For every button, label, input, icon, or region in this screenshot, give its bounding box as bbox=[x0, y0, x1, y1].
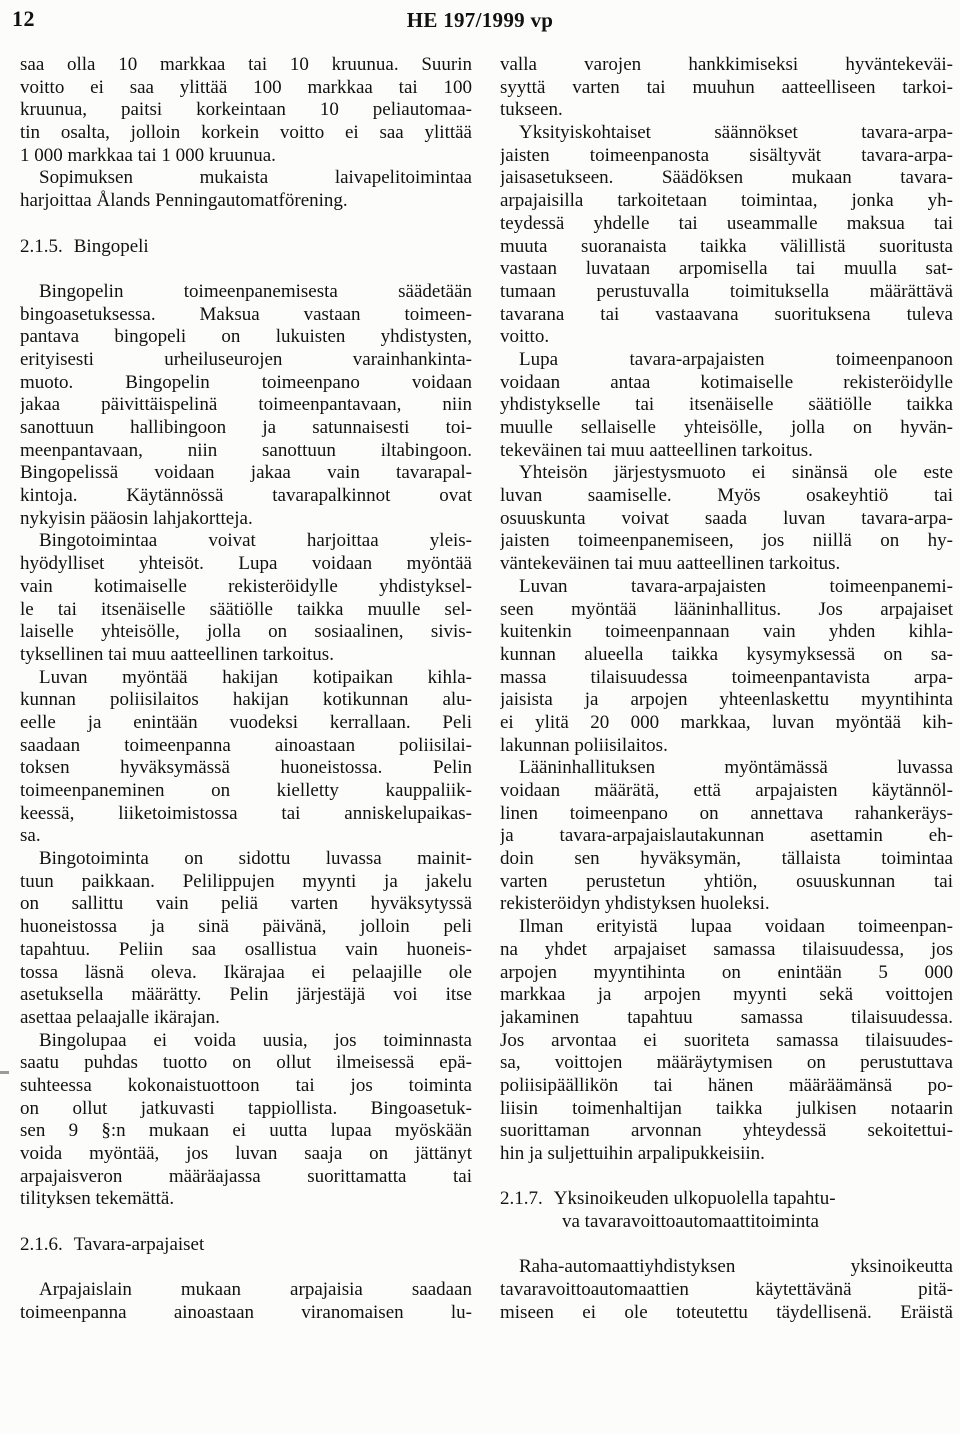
text-line: jaisista ja arpojen yhteenlaskettu myynt… bbox=[500, 689, 953, 712]
right-column: valla varojen hankkimiseksi hyväntekeväi… bbox=[500, 54, 953, 1325]
text-line: Luvan myöntää hakijan kotipaikan kihla- bbox=[20, 667, 472, 690]
text-line: jaisten toimeenpanosta sisältyvät tavara… bbox=[500, 145, 953, 168]
scan-artifact-dash bbox=[0, 1071, 9, 1074]
text-line: voidaan antaa kotimaiselle rekisteröidyl… bbox=[500, 372, 953, 395]
text-line: tyksellinen tai muu aatteellinen tarkoit… bbox=[20, 644, 472, 667]
text-line: miseen ei ole toteutettu täydellisenä. E… bbox=[500, 1302, 953, 1325]
text-line: keessä, liiketoimistossa tai anniskelupa… bbox=[20, 803, 472, 826]
paragraph: Raha-automaattiyhdistyksen yksinoikeutta… bbox=[500, 1256, 953, 1324]
text-line: harjoittaa Ålands Penningautomatförening… bbox=[20, 190, 472, 213]
paragraph: Lupa tavara-arpajaisten toimeenpanoonvoi… bbox=[500, 349, 953, 462]
text-line: arpajaisveron määräajassa suorittamatta … bbox=[20, 1166, 472, 1189]
text-line: tavaravoittoautomaattien käytettävänä pi… bbox=[500, 1279, 953, 1302]
text-line: laiselle yhteisölle, jolla on sosiaaline… bbox=[20, 621, 472, 644]
text-line: kunnan alueella taikka kysymyksessä on s… bbox=[500, 644, 953, 667]
text-line: Jos arvontaa ei suoriteta samassa tilais… bbox=[500, 1030, 953, 1053]
text-line: markkaa ja arpojen myynti sekä voittojen bbox=[500, 984, 953, 1007]
text-line: asettaa pelaajalle ikärajan. bbox=[20, 1007, 472, 1030]
text-line: seen myöntää lääninhallitus. Jos arpajai… bbox=[500, 599, 953, 622]
paragraph: Yksityiskohtaiset säännökset tavara-arpa… bbox=[500, 122, 953, 349]
text-line: Bingotoiminta on sidottu luvassa mainit- bbox=[20, 848, 472, 871]
text-line: huoneistossa ja sinä päivänä, jolloin pe… bbox=[20, 916, 472, 939]
text-line: Bingopelin toimeenpanemisesta säädetään bbox=[20, 281, 472, 304]
text-line: valla varojen hankkimiseksi hyväntekeväi… bbox=[500, 54, 953, 77]
text-line: erityisesti urheiluseurojen varainhankin… bbox=[20, 349, 472, 372]
text-line: syyttä varten tai muuhun aatteelliseen t… bbox=[500, 77, 953, 100]
section-number: 2.1.5. bbox=[20, 236, 63, 259]
text-line: saadaan toimeenpanna ainoastaan poliisil… bbox=[20, 735, 472, 758]
text-line: rekisteröidyn yhdistyksen huoleksi. bbox=[500, 893, 953, 916]
section-heading: 2.1.5.Bingopeli bbox=[20, 236, 472, 259]
text-line: tumaan perustuvalla toimituksella määrät… bbox=[500, 281, 953, 304]
text-line: linen toimeenpano on annettava rahankerä… bbox=[500, 803, 953, 826]
text-line: toimeenpanna ainoastaan viranomaisen lu- bbox=[20, 1302, 472, 1325]
paragraph: Luvan tavara-arpajaisten toimeenpanemi-s… bbox=[500, 576, 953, 758]
text-line: ei ylitä 20 000 markkaa, luvan myöntää k… bbox=[500, 712, 953, 735]
text-line: jaisten toimeenpanemiseen, jos niillä on… bbox=[500, 530, 953, 553]
paragraph: Bingotoimintaa voivat harjoittaa yleis-h… bbox=[20, 530, 472, 666]
text-line: kuitenkin toimeenpannaan vain yhden kihl… bbox=[500, 621, 953, 644]
text-line: pantava bingopeli on lukuisten yhdistyst… bbox=[20, 326, 472, 349]
text-line: hin ja suljettuihin arpalipukkeisiin. bbox=[500, 1143, 953, 1166]
text-line: tapahtuu. Peliin saa osallistua vain huo… bbox=[20, 939, 472, 962]
paragraph: Bingotoiminta on sidottu luvassa mainit-… bbox=[20, 848, 472, 1030]
heading-line: 2.1.5.Bingopeli bbox=[20, 236, 472, 259]
text-line: on ollut jatkuvasti tappiollista. Bingoa… bbox=[20, 1098, 472, 1121]
text-line: kintoja. Käytännössä tavarapalkinnot ova… bbox=[20, 485, 472, 508]
section-heading: 2.1.7.Yksinoikeuden ulkopuolella tapahtu… bbox=[500, 1188, 953, 1233]
paragraph: Arpajaislain mukaan arpajaisia saadaanto… bbox=[20, 1279, 472, 1324]
text-line: tin osalta, jolloin korkein voitto ei sa… bbox=[20, 122, 472, 145]
text-line: suorittaman arvonnan yhteydessä sekoitet… bbox=[500, 1120, 953, 1143]
paragraph: valla varojen hankkimiseksi hyväntekeväi… bbox=[500, 54, 953, 122]
text-line: toksen hyväksymässä huoneistossa. Pelin bbox=[20, 757, 472, 780]
text-line: tavarana tai vastaavana suorituksena tul… bbox=[500, 304, 953, 327]
section-title: Bingopeli bbox=[74, 236, 149, 257]
text-line: saa olla 10 markkaa tai 10 kruunua. Suur… bbox=[20, 54, 472, 77]
text-line: Luvan tavara-arpajaisten toimeenpanemi- bbox=[500, 576, 953, 599]
text-line: tukseen. bbox=[500, 99, 953, 122]
text-line: sanottuun hallibingoon ja satunnaisesti … bbox=[20, 417, 472, 440]
text-line: lakunnan poliisilaitos. bbox=[500, 735, 953, 758]
text-line: doin sen hyväksymän, tällaista toimintaa bbox=[500, 848, 953, 871]
text-line: kruunua, paitsi korkeintaan 10 peliautom… bbox=[20, 99, 472, 122]
text-line: nykyisin pääosin lahjakortteja. bbox=[20, 508, 472, 531]
document-page: 12 HE 197/1999 vp saa olla 10 markkaa ta… bbox=[0, 0, 960, 1434]
text-line: tilityksen tekemättä. bbox=[20, 1188, 472, 1211]
text-line: jakaminen tapahtuu samassa tilaisuudessa… bbox=[500, 1007, 953, 1030]
text-line: muoto. Bingopelin toimeenpano voidaan bbox=[20, 372, 472, 395]
paragraph: Bingolupaa ei voida uusia, jos toiminnas… bbox=[20, 1030, 472, 1212]
paragraph: Sopimuksen mukaista laivapelitoimintaaha… bbox=[20, 167, 472, 212]
document-title: HE 197/1999 vp bbox=[0, 8, 960, 33]
text-line: tossa läsnä oleva. Ikärajaa ei pelaajill… bbox=[20, 962, 472, 985]
text-line: Sopimuksen mukaista laivapelitoimintaa bbox=[20, 167, 472, 190]
section-number: 2.1.7. bbox=[500, 1188, 543, 1211]
text-line: asetuksella määrätty. Pelin järjestäjä v… bbox=[20, 984, 472, 1007]
text-line: Lupa tavara-arpajaisten toimeenpanoon bbox=[500, 349, 953, 372]
text-line: osuuskunta voivat saada luvan tavara-arp… bbox=[500, 508, 953, 531]
text-line: luvan saamiselle. Myös osakeyhtiö tai bbox=[500, 485, 953, 508]
section-title: Yksinoikeuden ulkopuolella tapahtu- bbox=[554, 1188, 836, 1209]
paragraph: Lääninhallituksen myöntämässä luvassavoi… bbox=[500, 757, 953, 916]
text-line: Yhteisön järjestysmuoto ei sinänsä ole e… bbox=[500, 462, 953, 485]
page-body: saa olla 10 markkaa tai 10 kruunua. Suur… bbox=[0, 42, 960, 1325]
heading-line: 2.1.7.Yksinoikeuden ulkopuolella tapahtu… bbox=[500, 1188, 953, 1211]
text-line: le tai itsenäiselle säätiölle taikka muu… bbox=[20, 599, 472, 622]
text-line: voitto ei saa ylittää 100 markkaa tai 10… bbox=[20, 77, 472, 100]
paragraph: Ilman erityistä lupaa voidaan toimeenpan… bbox=[500, 916, 953, 1166]
text-line: na yhdet arpajaiset samassa tilaisuudess… bbox=[500, 939, 953, 962]
paragraph: Bingopelin toimeenpanemisesta säädetäänb… bbox=[20, 281, 472, 531]
text-line: bingoasetuksessa. Maksua vastaan toimeen… bbox=[20, 304, 472, 327]
text-line: yhdistykselle tai itsenäiselle säätiölle… bbox=[500, 394, 953, 417]
page-header: 12 HE 197/1999 vp bbox=[0, 0, 960, 42]
left-column: saa olla 10 markkaa tai 10 kruunua. Suur… bbox=[20, 54, 472, 1325]
text-line: Arpajaislain mukaan arpajaisia saadaan bbox=[20, 1279, 472, 1302]
text-line: varten perustetun yhtiön, osuuskunnan ta… bbox=[500, 871, 953, 894]
text-line: on sallittu vain peliä varten hyväksytys… bbox=[20, 893, 472, 916]
text-line: sa. bbox=[20, 825, 472, 848]
section-title-continuation: va tavaravoittoautomaattitoiminta bbox=[500, 1211, 953, 1234]
section-heading: 2.1.6.Tavara-arpajaiset bbox=[20, 1234, 472, 1257]
text-line: Bingopelissä voidaan jakaa vain tavarapa… bbox=[20, 462, 472, 485]
text-line: voidaan määrätä, että arpajaisten käytän… bbox=[500, 780, 953, 803]
text-line: jaisasetukseen. Säädöksen mukaan tavara- bbox=[500, 167, 953, 190]
text-line: arpojen myyntihinta on enintään 5 000 bbox=[500, 962, 953, 985]
text-line: Bingolupaa ei voida uusia, jos toiminnas… bbox=[20, 1030, 472, 1053]
text-line: hyödylliset yhteisöt. Lupa voidaan myönt… bbox=[20, 553, 472, 576]
text-line: toimeenpaneminen on kielletty kauppaliik… bbox=[20, 780, 472, 803]
text-line: Lääninhallituksen myöntämässä luvassa bbox=[500, 757, 953, 780]
text-line: tekeväinen tai muu aatteellinen tarkoitu… bbox=[500, 440, 953, 463]
text-line: sa, voittojen määräytymisen on perustutt… bbox=[500, 1052, 953, 1075]
text-line: meenpantavaan, niin sanottuun iltabingoo… bbox=[20, 440, 472, 463]
text-line: saatu puhdas tuotto on ollut ilmeisessä … bbox=[20, 1052, 472, 1075]
text-line: voitto. bbox=[500, 326, 953, 349]
text-line: muuta suoranaista taikka välillistä suor… bbox=[500, 236, 953, 259]
heading-line: 2.1.6.Tavara-arpajaiset bbox=[20, 1234, 472, 1257]
paragraph: Luvan myöntää hakijan kotipaikan kihla-k… bbox=[20, 667, 472, 849]
text-line: voida myöntää, jos luvan saaja on jättän… bbox=[20, 1143, 472, 1166]
text-line: Raha-automaattiyhdistyksen yksinoikeutta bbox=[500, 1256, 953, 1279]
text-line: muulle sellaiselle yhteisölle, jolla on … bbox=[500, 417, 953, 440]
text-line: teydessä yhdelle tai useammalle maksua t… bbox=[500, 213, 953, 236]
paragraph: Yhteisön järjestysmuoto ei sinänsä ole e… bbox=[500, 462, 953, 575]
text-line: massa tilaisuudessa toimeenpantavista ar… bbox=[500, 667, 953, 690]
text-line: Ilman erityistä lupaa voidaan toimeenpan… bbox=[500, 916, 953, 939]
page-number: 12 bbox=[12, 6, 35, 32]
text-line: vastaan luvataan arpomisella tai muulla … bbox=[500, 258, 953, 281]
text-line: poliisipäällikön tai hänen määräämänsä p… bbox=[500, 1075, 953, 1098]
text-line: Bingotoimintaa voivat harjoittaa yleis- bbox=[20, 530, 472, 553]
text-line: jakaa päivittäispelinä toimeenpantavaan,… bbox=[20, 394, 472, 417]
section-number: 2.1.6. bbox=[20, 1234, 63, 1257]
paragraph: saa olla 10 markkaa tai 10 kruunua. Suur… bbox=[20, 54, 472, 167]
text-line: kunnan poliisilaitos hakijan kotikunnan … bbox=[20, 689, 472, 712]
text-line: ja tavara-arpajaislautakunnan asettamin … bbox=[500, 825, 953, 848]
text-line: liisin toimenhaltijan taikka julkisen no… bbox=[500, 1098, 953, 1121]
text-line: sen 9 §:n mukaan ei uutta lupaa myöskään bbox=[20, 1120, 472, 1143]
section-title: Tavara-arpajaiset bbox=[74, 1234, 205, 1255]
text-line: 1 000 markkaa tai 1 000 kruunua. bbox=[20, 145, 472, 168]
text-line: arpajaisilla tarkoitetaan toimintaa, jon… bbox=[500, 190, 953, 213]
text-line: eelle ja enintään vuodeksi kerrallaan. P… bbox=[20, 712, 472, 735]
text-line: Yksityiskohtaiset säännökset tavara-arpa… bbox=[500, 122, 953, 145]
text-line: väntekeväinen tai muu aatteellinen tarko… bbox=[500, 553, 953, 576]
text-line: suhteessa kokonaistuottoon tai jos toimi… bbox=[20, 1075, 472, 1098]
text-line: vain kotimaiselle rekisteröidylle yhdist… bbox=[20, 576, 472, 599]
text-line: tuun paikkaan. Pelilippujen myynti ja ja… bbox=[20, 871, 472, 894]
